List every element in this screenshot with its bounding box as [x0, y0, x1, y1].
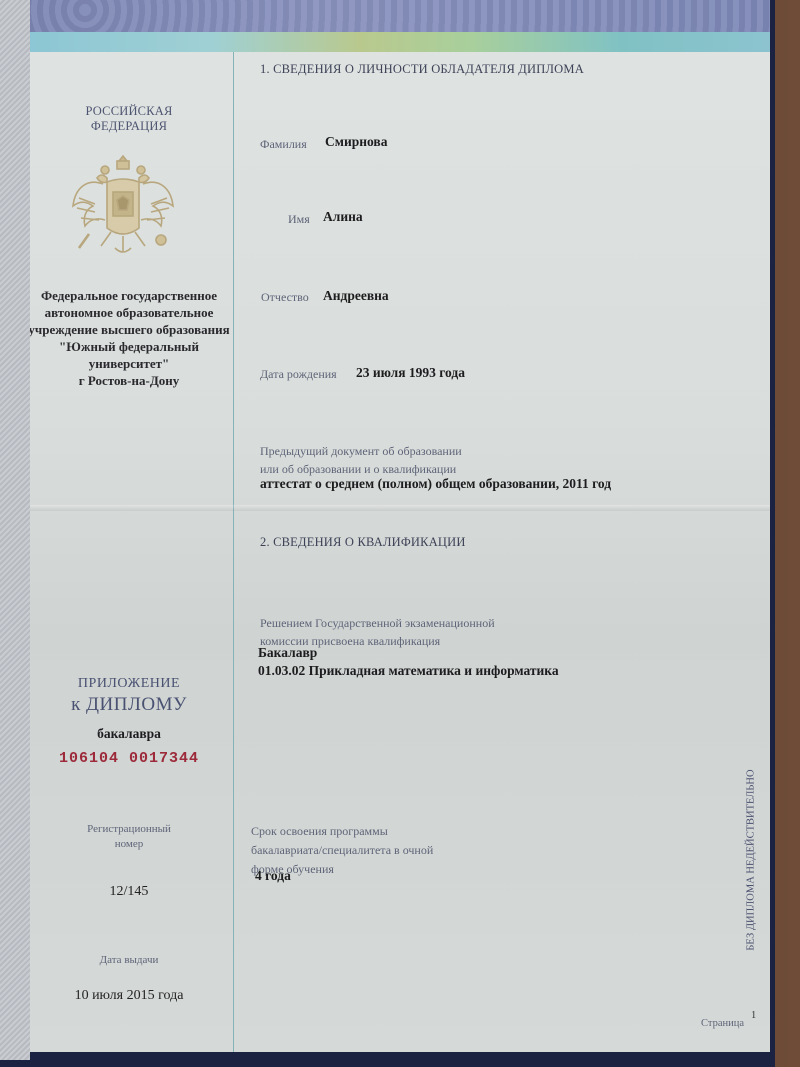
- previous-document-value: аттестат о среднем (полном) общем образо…: [260, 476, 611, 492]
- name-value: Алина: [323, 209, 363, 225]
- country-name: РОССИЙСКАЯ ФЕДЕРАЦИЯ: [25, 104, 233, 134]
- name-label: Имя: [288, 212, 310, 227]
- institution-line: автономное образовательное: [25, 304, 233, 321]
- duration-label-line-2: бакалавриата/специалитета в очной: [251, 841, 433, 860]
- section-1-heading: 1. СВЕДЕНИЯ О ЛИЧНОСТИ ОБЛАДАТЕЛЯ ДИПЛОМ…: [260, 62, 584, 77]
- previous-document-label: Предыдущий документ об образовании или о…: [260, 442, 462, 478]
- coat-of-arms-icon: [67, 148, 179, 266]
- institution-line: г Ростов-на-Дону: [25, 372, 233, 389]
- security-band-color: [25, 32, 770, 52]
- birth-date-label: Дата рождения: [260, 367, 337, 382]
- specialty-value: 01.03.02 Прикладная математика и информа…: [258, 663, 559, 679]
- institution-line: Федеральное государственное: [25, 287, 233, 304]
- page-label: Страница: [701, 1018, 744, 1029]
- duration-label-line-1: Срок освоения программы: [251, 822, 433, 841]
- reg-label-line-2: номер: [25, 837, 233, 852]
- page-stack-edge: [0, 0, 30, 1060]
- surname-value: Смирнова: [325, 134, 387, 150]
- diploma-supplement-page: РОССИЙСКАЯ ФЕДЕРАЦИЯ Федеральное государ…: [25, 0, 770, 1052]
- birth-date-value: 23 июля 1993 года: [356, 365, 465, 381]
- registration-number-label: Регистрационный номер: [25, 822, 233, 852]
- institution-line: "Южный федеральный: [25, 338, 233, 355]
- supplement-title-line-2: к ДИПЛОМУ: [25, 694, 233, 716]
- supplement-title-line-1: ПРИЛОЖЕНИЕ: [25, 676, 233, 692]
- qualification-value: Бакалавр: [258, 645, 317, 661]
- institution-line: учреждение высшего образования: [25, 321, 233, 338]
- country-line-2: ФЕДЕРАЦИЯ: [25, 119, 233, 134]
- page-number: 1: [751, 1010, 756, 1021]
- section-2-heading: 2. СВЕДЕНИЯ О КВАЛИФИКАЦИИ: [260, 535, 466, 550]
- issue-date: 10 июля 2015 года: [25, 988, 233, 1004]
- decision-line-1: Решением Государственной экзаменационной: [260, 614, 495, 632]
- registration-number: 12/145: [25, 884, 233, 900]
- institution-name: Федеральное государственное автономное о…: [25, 287, 233, 389]
- patronymic-label: Отчество: [261, 290, 309, 305]
- institution-line: университет": [25, 355, 233, 372]
- country-line-1: РОССИЙСКАЯ: [25, 104, 233, 119]
- degree-level: бакалавра: [25, 726, 233, 742]
- serial-number: 106104 0017344: [25, 750, 233, 767]
- patronymic-value: Андреевна: [323, 288, 389, 304]
- reg-label-line-1: Регистрационный: [25, 822, 233, 837]
- security-band-top: [25, 0, 770, 32]
- page-fold: [25, 505, 770, 511]
- issue-date-label: Дата выдачи: [25, 954, 233, 966]
- surname-label: Фамилия: [260, 137, 307, 152]
- prev-doc-label-line-1: Предыдущий документ об образовании: [260, 442, 462, 460]
- column-divider: [233, 52, 234, 1052]
- validity-note: БЕЗ ДИПЛОМА НЕДЕЙСТВИТЕЛЬНО: [746, 769, 757, 950]
- study-duration-value: 4 года: [255, 868, 291, 884]
